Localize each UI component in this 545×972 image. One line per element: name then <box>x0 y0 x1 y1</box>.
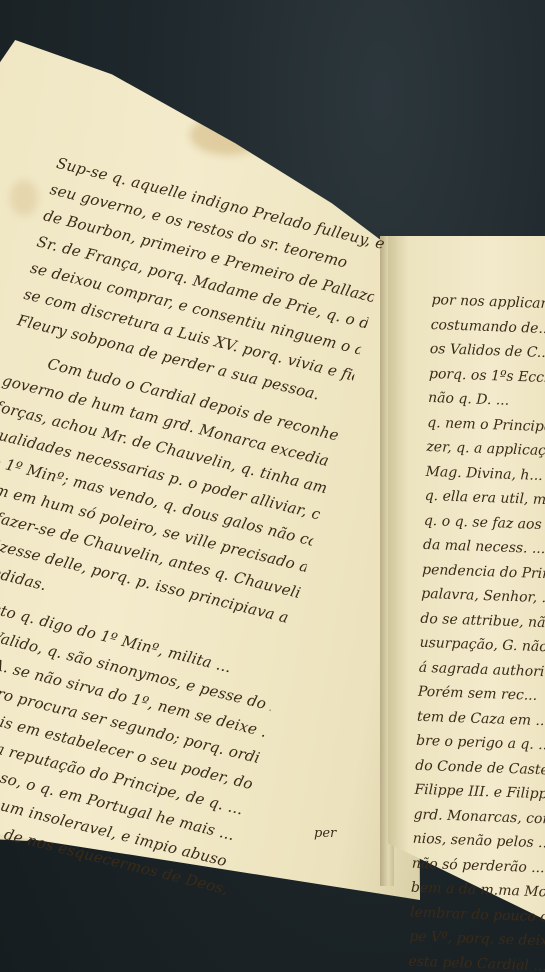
catchword: per <box>314 826 336 841</box>
right-page-handwriting: por nos applicar... costumando de... os … <box>408 288 545 972</box>
paper-stain <box>10 180 38 216</box>
